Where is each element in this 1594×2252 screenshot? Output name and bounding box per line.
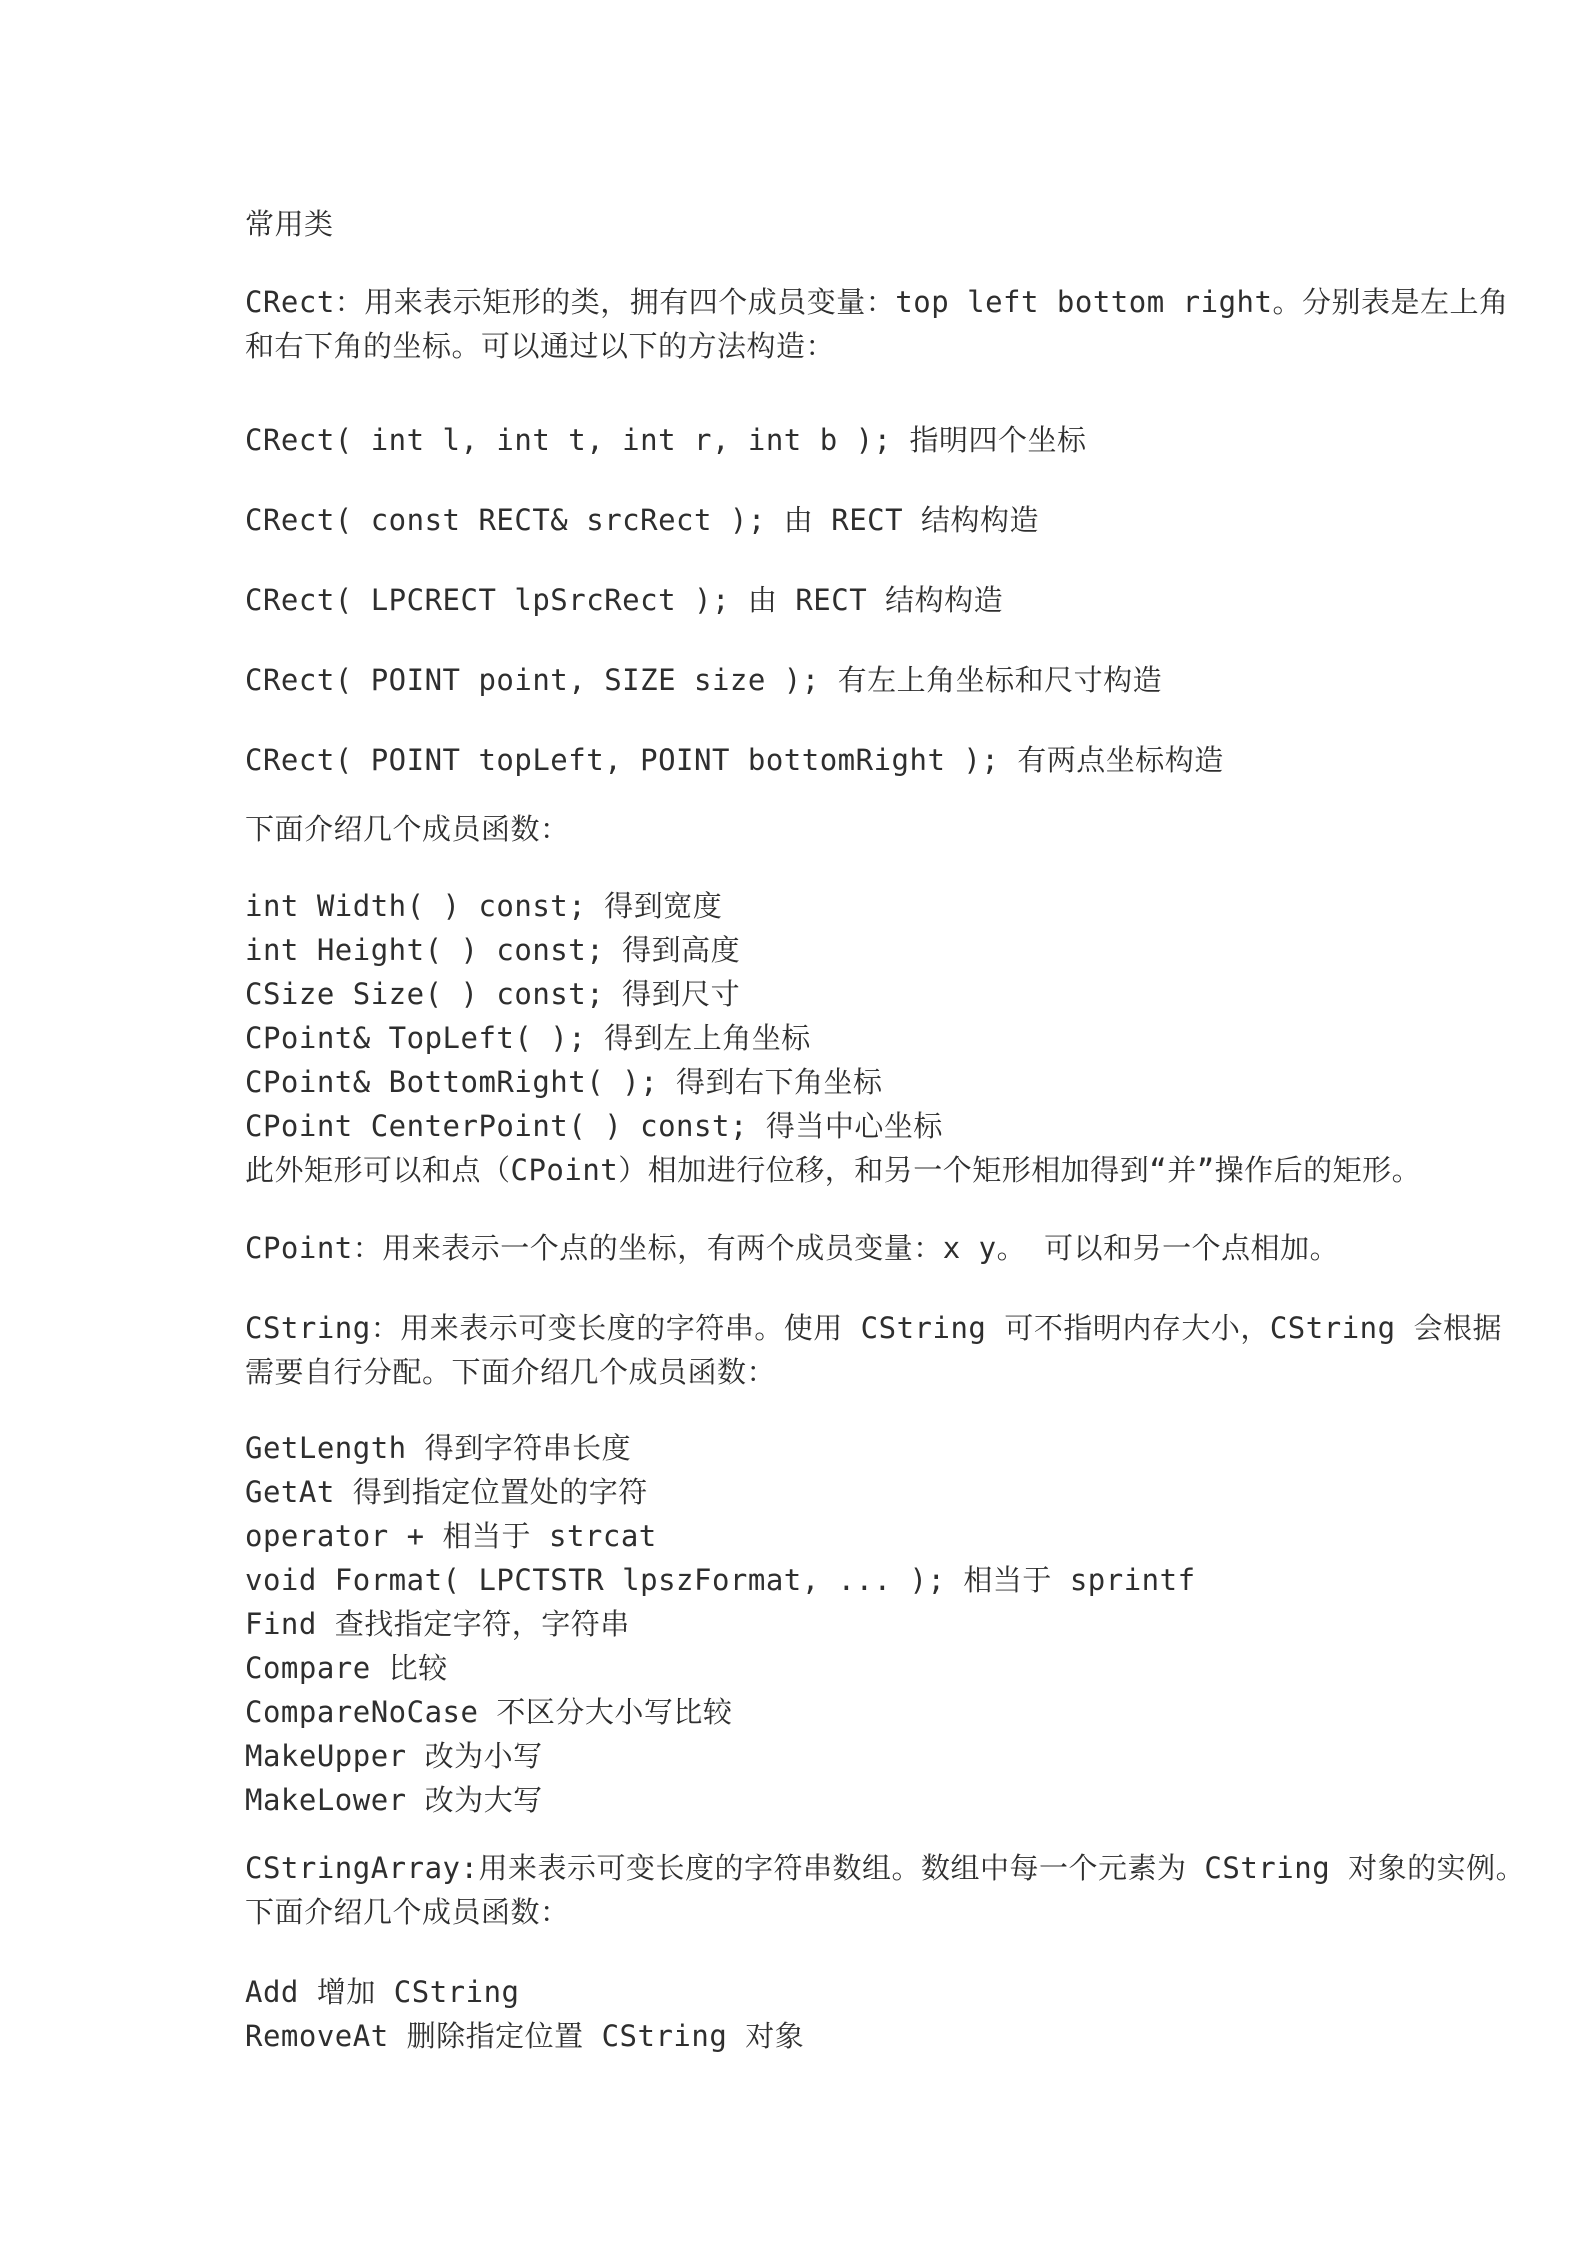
doc-line: CPoint：用来表示一个点的坐标，有两个成员变量：x y。 可以和另一个点相加… [245,1226,1455,1270]
doc-line: GetLength 得到字符串长度 [245,1426,1455,1470]
doc-line: CompareNoCase 不区分大小写比较 [245,1690,1455,1734]
crect-constructor-line: CRect( POINT point, SIZE size ); 有左上角坐标和… [245,658,1455,702]
doc-line: CSize Size( ) const; 得到尺寸 [245,972,1455,1016]
doc-line: int Width( ) const; 得到宽度 [245,884,1455,928]
doc-line: MakeUpper 改为小写 [245,1734,1455,1778]
cstring-member-function-list: GetLength 得到字符串长度 GetAt 得到指定位置处的字符 opera… [245,1426,1455,1822]
doc-line: CPoint& BottomRight( ); 得到右下角坐标 [245,1060,1455,1104]
member-functions-intro: 下面介绍几个成员函数： [245,807,1455,851]
document-page: 常用类 CRect：用来表示矩形的类，拥有四个成员变量：top left bot… [0,0,1594,2252]
doc-line: 需要自行分配。下面介绍几个成员函数： [245,1350,1455,1394]
doc-line: CRect( LPCRECT lpSrcRect ); 由 RECT 结构构造 [245,578,1455,622]
document-content: 常用类 CRect：用来表示矩形的类，拥有四个成员变量：top left bot… [245,202,1455,2058]
doc-line: CRect：用来表示矩形的类，拥有四个成员变量：top left bottom … [245,280,1455,324]
doc-line: CPoint CenterPoint( ) const; 得当中心坐标 [245,1104,1455,1148]
doc-line: operator + 相当于 strcat [245,1514,1455,1558]
cpoint-paragraph: CPoint：用来表示一个点的坐标，有两个成员变量：x y。 可以和另一个点相加… [245,1226,1455,1270]
doc-line: void Format( LPCTSTR lpszFormat, ... ); … [245,1558,1455,1602]
crect-constructor-line: CRect( const RECT& srcRect ); 由 RECT 结构构… [245,498,1455,542]
crect-member-function-list: int Width( ) const; 得到宽度 int Height( ) c… [245,884,1455,1192]
doc-line: CString：用来表示可变长度的字符串。使用 CString 可不指明内存大小… [245,1306,1455,1350]
doc-line: 和右下角的坐标。可以通过以下的方法构造： [245,324,1455,368]
doc-line: Compare 比较 [245,1646,1455,1690]
crect-constructor-line: CRect( LPCRECT lpSrcRect ); 由 RECT 结构构造 [245,578,1455,622]
doc-line: RemoveAt 删除指定位置 CString 对象 [245,2014,1455,2058]
doc-line: CPoint& TopLeft( ); 得到左上角坐标 [245,1016,1455,1060]
doc-line: int Height( ) const; 得到高度 [245,928,1455,972]
cstringarray-paragraph: CStringArray:用来表示可变长度的字符串数组。数组中每一个元素为 CS… [245,1846,1455,1934]
doc-line: CRect( const RECT& srcRect ); 由 RECT 结构构… [245,498,1455,542]
doc-line: CRect( int l, int t, int r, int b ); 指明四… [245,418,1455,462]
cstring-paragraph: CString：用来表示可变长度的字符串。使用 CString 可不指明内存大小… [245,1306,1455,1394]
doc-line: GetAt 得到指定位置处的字符 [245,1470,1455,1514]
doc-line: 此外矩形可以和点（CPoint）相加进行位移，和另一个矩形相加得到“并”操作后的… [245,1148,1455,1192]
section-title-block: 常用类 [245,202,1455,246]
doc-line: CRect( POINT point, SIZE size ); 有左上角坐标和… [245,658,1455,702]
doc-line: Add 增加 CString [245,1970,1455,2014]
crect-constructor-line: CRect( POINT topLeft, POINT bottomRight … [245,738,1455,782]
doc-line: CStringArray:用来表示可变长度的字符串数组。数组中每一个元素为 CS… [245,1846,1455,1890]
doc-line: 下面介绍几个成员函数： [245,1890,1455,1934]
cstringarray-member-function-list: Add 增加 CString RemoveAt 删除指定位置 CString 对… [245,1970,1455,2058]
doc-line: 下面介绍几个成员函数： [245,807,1455,851]
crect-constructor-line: CRect( int l, int t, int r, int b ); 指明四… [245,418,1455,462]
doc-line: MakeLower 改为大写 [245,1778,1455,1822]
page-title: 常用类 [245,202,1455,246]
crect-intro-paragraph: CRect：用来表示矩形的类，拥有四个成员变量：top left bottom … [245,280,1455,368]
doc-line: CRect( POINT topLeft, POINT bottomRight … [245,738,1455,782]
doc-line: Find 查找指定字符，字符串 [245,1602,1455,1646]
